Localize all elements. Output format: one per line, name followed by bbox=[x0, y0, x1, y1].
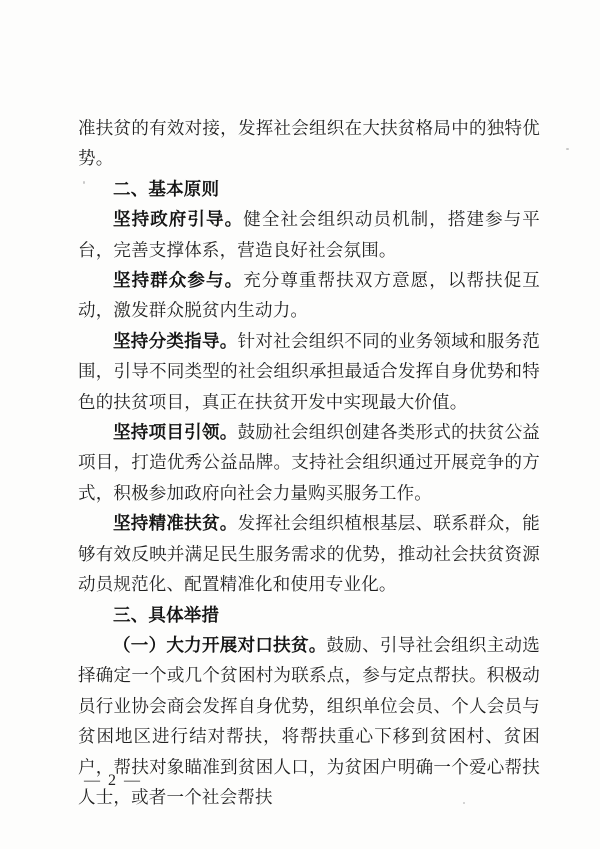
page-number: — 2 — bbox=[84, 772, 142, 790]
paragraph: 准扶贫的有效对接，发挥社会组织在大扶贫格局中的独特优势。 bbox=[78, 113, 540, 174]
section-heading: 二、基本原则 bbox=[78, 174, 540, 204]
document-body: 准扶贫的有效对接，发挥社会组织在大扶贫格局中的独特优势。 二、基本原则 坚持政府… bbox=[78, 113, 540, 812]
paragraph: 坚持分类指导。针对社会组织不同的业务领域和服务范围，引导不同类型的社会组织承担最… bbox=[78, 326, 540, 417]
paragraph: 坚持群众参与。充分尊重帮扶双方意愿，以帮扶促互动，激发群众脱贫内生动力。 bbox=[78, 265, 540, 326]
paragraph-text: 准扶贫的有效对接，发挥社会组织在大扶贫格局中的独特优势。 bbox=[78, 118, 540, 168]
paragraph-lead: 坚持政府引导。 bbox=[113, 209, 243, 229]
section-heading: 三、具体举措 bbox=[78, 600, 540, 630]
paragraph: （一）大力开展对口扶贫。鼓励、引导社会组织主动选择确定一个或几个贫困村为联系点，… bbox=[78, 630, 540, 812]
paragraph-lead: 坚持群众参与。 bbox=[113, 270, 243, 290]
paragraph: 坚持精准扶贫。发挥社会组织植根基层、联系群众，能够有效反映并满足民生服务需求的优… bbox=[78, 508, 540, 599]
paragraph-lead: 坚持精准扶贫。 bbox=[113, 513, 238, 533]
paragraph-lead: 三、具体举措 bbox=[113, 605, 219, 625]
paragraph: 坚持项目引领。鼓励社会组织创建各类形式的扶贫公益项目，打造优秀公益品牌。支持社会… bbox=[78, 417, 540, 508]
scan-speck bbox=[83, 181, 85, 184]
paragraph-lead: （一）大力开展对口扶贫。 bbox=[113, 635, 327, 655]
scan-speck bbox=[566, 148, 569, 150]
paragraph: 坚持政府引导。健全社会组织动员机制，搭建参与平台，完善支撑体系，营造良好社会氛围… bbox=[78, 204, 540, 265]
document-page: 准扶贫的有效对接，发挥社会组织在大扶贫格局中的独特优势。 二、基本原则 坚持政府… bbox=[0, 0, 600, 849]
paragraph-lead: 坚持分类指导。 bbox=[113, 331, 238, 351]
paragraph-text: 鼓励、引导社会组织主动选择确定一个或几个贫困村为联系点，参与定点帮扶。积极动员行… bbox=[78, 635, 540, 807]
scan-speck bbox=[520, 425, 522, 427]
paragraph-lead: 坚持项目引领。 bbox=[113, 422, 238, 442]
scan-speck bbox=[463, 802, 465, 804]
paragraph-lead: 二、基本原则 bbox=[113, 179, 219, 199]
